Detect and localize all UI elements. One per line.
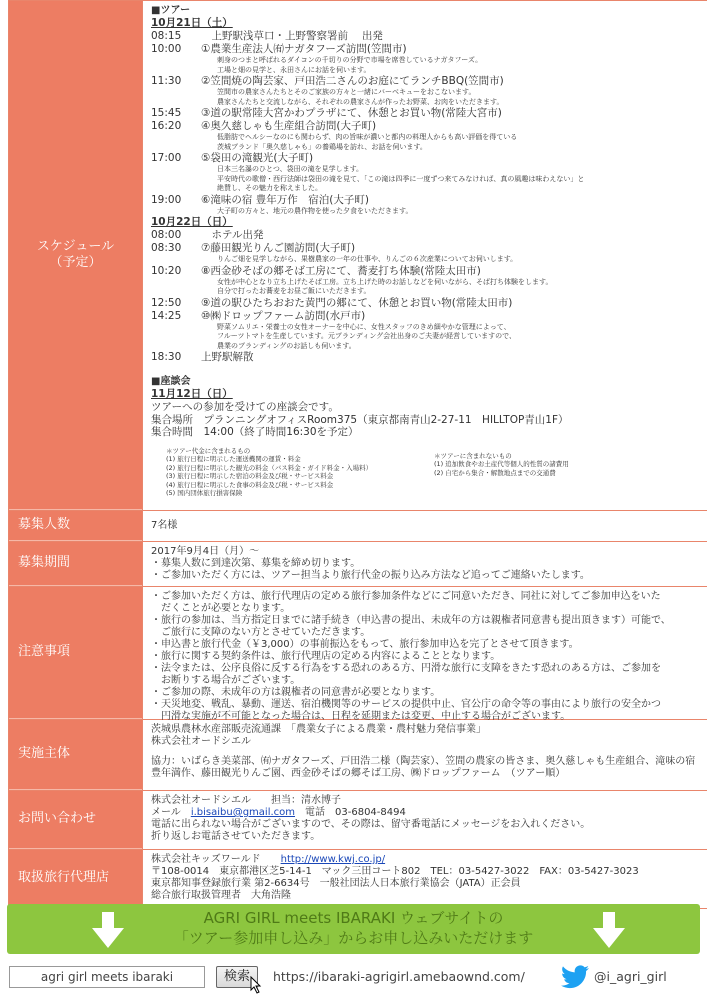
schedule-time: 18:30 bbox=[151, 351, 201, 364]
schedule-description: 低脂肪でヘルシーなのにも関わらず、肉の旨味が濃いと都内の料理人からも高い評価を得… bbox=[151, 133, 699, 143]
schedule-item: 10:00①農業生産法人㈲ナガタフーズ訪問(笠間市) bbox=[151, 43, 699, 56]
schedule-item: 19:00⑥滝味の宿 豊年万作 宿泊(大子町) bbox=[151, 194, 699, 207]
day1-date: 10月21日（土） bbox=[151, 17, 699, 30]
schedule-description: 農家さんたちと交流しながら、それぞれの農家さんが作ったお野菜、お肉をいただきます… bbox=[151, 98, 699, 108]
contact-mail-line: メール i.bisaibu@gmail.com 電話 03-6804-8494 bbox=[151, 807, 699, 819]
schedule-title: ③道の駅常陸大宮かわプラザにて、休憩とお買い物(常陸大宮市) bbox=[201, 107, 502, 120]
schedule-time: 14:25 bbox=[151, 310, 201, 323]
cooperators-line2: 豊年満作、藤田観光りんご園、西金砂そばの郷そば工房、㈱ドロップファーム （ツアー… bbox=[151, 768, 699, 780]
included-item: (2) 旅行日程に明示した観光の料金（バス料金・ガイド料金・入場料） bbox=[166, 464, 434, 473]
note-line: だくことが必要となります。 bbox=[151, 603, 699, 615]
schedule-time: 17:00 bbox=[151, 152, 201, 165]
row-label-notes: 注意事項 bbox=[9, 587, 142, 719]
schedule-description: 日本三名瀑のひとつ、袋田の滝を見学します。 bbox=[151, 165, 699, 175]
agency-address: 〒108-0014 東京都港区芝5-14-1 マック三田コート802 TEL：0… bbox=[151, 866, 699, 878]
search-input[interactable]: agri girl meets ibaraki bbox=[9, 966, 205, 988]
capacity-text: 7名様 bbox=[151, 520, 177, 531]
row-label-capacity: 募集人数 bbox=[9, 511, 142, 541]
note-line: ・申込書と旅行代金（￥3,000）の事前振込をもって、旅行参加申込を完了とさせて… bbox=[151, 639, 699, 651]
mail-label: メール bbox=[151, 807, 191, 818]
included-item: (5) 国内団体旅行損害保険 bbox=[166, 489, 434, 498]
schedule-item: 15:45③道の駅常陸大宮かわプラザにて、休憩とお買い物(常陸大宮市) bbox=[151, 107, 699, 120]
schedule-title: 上野駅解散 bbox=[201, 351, 254, 364]
agency-company: 株式会社キッズワールド bbox=[151, 854, 281, 865]
note-line: ご旅行に支障のない方とさせていただきます。 bbox=[151, 627, 699, 639]
schedule-title: ⑧西金砂そばの郷そば工房にて、蕎麦打ち体験(常陸太田市) bbox=[201, 265, 481, 278]
schedule-item: 16:20④奥久慈しゃも生産組合訪問(大子町) bbox=[151, 120, 699, 133]
excluded-list: ＊ツアーに含まれないもの (1) 追加飲食やお土産代等個人的性質の諸費用 (2)… bbox=[434, 447, 569, 498]
schedule-description: 刺身のつまと呼ばれるダイコンの千切りの分野で市場を席巻しているナガタフーズ。 bbox=[151, 56, 699, 66]
application-banner: AGRI GIRL meets IBARAKI ウェブサイトの 「ツアー参加申し… bbox=[7, 904, 700, 954]
schedule-description: 女性が中心となり立ち上げたそば工房。立ち上げた時のお話しなどを伺いながら、そば打… bbox=[151, 278, 699, 288]
agency-content: 株式会社キッズワールド http://www.kwj.co.jp/ 〒108-0… bbox=[142, 850, 707, 908]
zadankai-place: 集合場所 プランニングオフィスRoom375（東京都南青山2-27-11 HIL… bbox=[151, 414, 699, 427]
zadankai-time: 集合時間 14:00（終了時間16:30を予定） bbox=[151, 426, 699, 439]
schedule-description: 絶賛し、その魅力を称えました。 bbox=[151, 184, 699, 194]
schedule-item: 12:50⑨道の駅ひたちおおた黄門の郷にて、休憩とお買い物(常陸太田市) bbox=[151, 297, 699, 310]
contact-company: 株式会社オードシエル 担当：清水博子 bbox=[151, 795, 699, 807]
email-link[interactable]: i.bisaibu@gmail.com bbox=[191, 807, 295, 818]
day2-date: 10月22日（日） bbox=[151, 216, 699, 229]
note-line: お断りする場合がございます。 bbox=[151, 675, 699, 687]
contact-note: 電話に出られない場合がございますので、その際は、留守番電話にメッセージをお入れく… bbox=[151, 819, 699, 831]
organizer-line2: 株式会社オードシエル bbox=[151, 736, 699, 748]
row-capacity: 募集人数 7名様 bbox=[9, 510, 707, 541]
period-line: 2017年9月4日（月）～ bbox=[151, 546, 699, 558]
schedule-description: フルーツトマトを生産しています。元ブランディング会社出身のご夫妻が経営しています… bbox=[151, 332, 699, 342]
schedule-description: 笠間市の農家さんたちとそのご家族の方々と一緒にバーベキューをおこないます。 bbox=[151, 88, 699, 98]
schedule-time: 08:30 bbox=[151, 242, 201, 255]
organizer-content: 茨城県農林水産部販売流通課 「農業女子による農業・農村魅力発信事業」 株式会社オ… bbox=[142, 720, 707, 790]
site-url[interactable]: https://ibaraki-agrigirl.amebaownd.com/ bbox=[273, 969, 525, 984]
schedule-description: 工場と畑の見学と、永田さんにお話を伺います。 bbox=[151, 66, 699, 76]
schedule-title: ②笠間焼の陶芸家、戸田浩二さんのお庭にてランチBBQ(笠間市) bbox=[201, 75, 504, 88]
zadankai-intro: ツアーへの参加を受けての座談会です。 bbox=[151, 401, 699, 414]
period-line: ・ご参加いただく方には、ツアー担当より旅行代金の振り込み方法など追ってご連絡いた… bbox=[151, 570, 699, 582]
schedule-description: 平安時代の歌僧・西行法師は袋田の滝を見て、「この滝は四季に一度ずつ来てみなければ… bbox=[151, 175, 699, 185]
schedule-title: ①農業生産法人㈲ナガタフーズ訪問(笠間市) bbox=[201, 43, 407, 56]
schedule-item: 14:25⑩㈱ドロップファーム訪問(水戸市) bbox=[151, 310, 699, 323]
contact-phone: 電話 03-6804-8494 bbox=[295, 807, 406, 818]
schedule-time: 10:20 bbox=[151, 265, 201, 278]
schedule-title: ⑦藤田観光りんご園訪問(大子町) bbox=[201, 242, 355, 255]
zadankai-heading: ■座談会 bbox=[151, 376, 699, 388]
note-line: ・ご参加いただく方は、旅行代理店の定める旅行参加条件などにご同意いただき、同社に… bbox=[151, 591, 699, 603]
contact-content: 株式会社オードシエル 担当：清水博子 メール i.bisaibu@gmail.c… bbox=[142, 791, 707, 849]
twitter-bird-icon[interactable] bbox=[561, 965, 589, 989]
row-label-contact: お問い合わせ bbox=[9, 791, 142, 849]
included-item: (3) 旅行日程に明示した宿泊の料金及び税・サービス料金 bbox=[166, 472, 434, 481]
schedule-description: 大子町の方々と、地元の農作物を使った夕食をいただきます。 bbox=[151, 207, 699, 217]
row-period: 募集期間 2017年9月4日（月）～ ・募集人数に到達次第、募集を締め切ります。… bbox=[9, 541, 707, 586]
row-contact: お問い合わせ 株式会社オードシエル 担当：清水博子 メール i.bisaibu@… bbox=[9, 790, 707, 849]
excluded-item: (1) 追加飲食やお土産代等個人的性質の諸費用 bbox=[434, 460, 569, 469]
schedule-description: 野菜ソムリエ・栄養士の女性オーナーを中心に、女性スタッフのきめ細やかな管理によっ… bbox=[151, 323, 699, 333]
included-item: (1) 旅行日程に明示した運送機関の運賃・料金 bbox=[166, 455, 434, 464]
agency-registration: 東京都知事登録旅行業 第2-6634号 一般社団法人日本旅行業協会（JATA）正… bbox=[151, 878, 699, 890]
schedule-item: 08:00 ホテル出発 bbox=[151, 229, 699, 242]
footer: agri girl meets ibaraki 検索 https://ibara… bbox=[0, 962, 707, 1000]
schedule-title: ⑤袋田の滝観光(大子町) bbox=[201, 152, 313, 165]
schedule-time: 19:00 bbox=[151, 194, 201, 207]
schedule-item: 17:00⑤袋田の滝観光(大子町) bbox=[151, 152, 699, 165]
schedule-item: 08:15 上野駅浅草口・上野警察署前 出発 bbox=[151, 30, 699, 43]
schedule-title: ⑥滝味の宿 豊年万作 宿泊(大子町) bbox=[201, 194, 369, 207]
row-label-organizer: 実施主体 bbox=[9, 720, 142, 790]
row-agency: 取扱旅行代理店 株式会社キッズワールド http://www.kwj.co.jp… bbox=[9, 849, 707, 908]
row-label-agency: 取扱旅行代理店 bbox=[9, 850, 142, 908]
inclusions: ＊ツアー代金に含まれるもの (1) 旅行日程に明示した運送機関の運賃・料金 (2… bbox=[151, 447, 699, 498]
day2-schedule-list: 08:00 ホテル出発08:30⑦藤田観光りんご園訪問(大子町)りんご畑を見学し… bbox=[151, 229, 699, 364]
note-line: ・天災地変、戦乱、暴動、運送、宿泊機関等のサービスの提供中止、官公庁の命令等の事… bbox=[151, 699, 699, 711]
schedule-title: 上野駅浅草口・上野警察署前 出発 bbox=[201, 30, 383, 43]
cooperators-line1: 協力：いばらき美菜部、㈲ナガタフーズ、戸田浩二様（陶芸家）、笠間の農家の皆さま、… bbox=[151, 756, 699, 768]
row-notes: 注意事項 ・ご参加いただく方は、旅行代理店の定める旅行参加条件などにご同意いただ… bbox=[9, 586, 707, 719]
schedule-item: 10:20⑧西金砂そばの郷そば工房にて、蕎麦打ち体験(常陸太田市) bbox=[151, 265, 699, 278]
schedule-item: 08:30⑦藤田観光りんご園訪問(大子町) bbox=[151, 242, 699, 255]
excluded-item: (2) 自宅から集合・解散地点までの交通費 bbox=[434, 469, 569, 478]
schedule-item: 11:30②笠間焼の陶芸家、戸田浩二さんのお庭にてランチBBQ(笠間市) bbox=[151, 75, 699, 88]
schedule-content: ■ツアー 10月21日（土） 08:15 上野駅浅草口・上野警察署前 出発10:… bbox=[142, 1, 707, 510]
zadankai-date: 11月12日（日） bbox=[151, 388, 699, 401]
schedule-description: 農業のブランディングのお話しも伺います。 bbox=[151, 342, 699, 352]
note-line: ・法令または、公序良俗に反する行為をする恐れのある方、円滑な旅行に支障をきたす恐… bbox=[151, 663, 699, 675]
notes-content: ・ご参加いただく方は、旅行代理店の定める旅行参加条件などにご同意いただき、同社に… bbox=[142, 587, 707, 719]
period-line: ・募集人数に到達次第、募集を締め切ります。 bbox=[151, 558, 699, 570]
capacity-value: 7名様 bbox=[142, 511, 707, 541]
included-list: ＊ツアー代金に含まれるもの (1) 旅行日程に明示した運送機関の運賃・料金 (2… bbox=[166, 447, 434, 498]
contact-note: 折り返しお電話させていただきます。 bbox=[151, 831, 699, 843]
schedule-description: りんご畑を見学しながら、果樹農家の一年の仕事や、りんごの６次産業についてお伺いし… bbox=[151, 255, 699, 265]
tour-info-table: スケジュール （予定） ■ツアー 10月21日（土） 08:15 上野駅浅草口・… bbox=[8, 0, 707, 909]
organizer-line1: 茨城県農林水産部販売流通課 「農業女子による農業・農村魅力発信事業」 bbox=[151, 724, 699, 736]
row-label-schedule: スケジュール （予定） bbox=[9, 1, 142, 510]
twitter-handle[interactable]: @i_agri_girl bbox=[594, 969, 667, 984]
schedule-description: 茨城ブランド「奥久慈しゃも」の養鶏場を訪れ、お話を伺います。 bbox=[151, 143, 699, 153]
schedule-time: 11:30 bbox=[151, 75, 201, 88]
pointer-cursor-icon bbox=[250, 976, 262, 994]
schedule-time: 16:20 bbox=[151, 120, 201, 133]
schedule-label-line1: スケジュール bbox=[37, 239, 114, 255]
tour-heading: ■ツアー bbox=[151, 5, 699, 17]
schedule-time: 12:50 bbox=[151, 297, 201, 310]
note-line: ・ご参加の際、未成年の方は親権者の同意書が必要となります。 bbox=[151, 687, 699, 699]
schedule-item: 18:30上野駅解散 bbox=[151, 351, 699, 364]
note-line: ・旅行に関する契約条件は、旅行代理店の定める内容によることとなります。 bbox=[151, 651, 699, 663]
included-item: (4) 旅行日程に明示した食事の料金及び税・サービス料金 bbox=[166, 481, 434, 490]
schedule-label-line2: （予定） bbox=[37, 255, 114, 271]
schedule-title: ④奥久慈しゃも生産組合訪問(大子町) bbox=[201, 120, 376, 133]
schedule-description: 自分で打ったお蕎麦をお昼ご飯にいただきます。 bbox=[151, 287, 699, 297]
schedule-title: ホテル出発 bbox=[201, 229, 263, 242]
row-schedule: スケジュール （予定） ■ツアー 10月21日（土） 08:15 上野駅浅草口・… bbox=[9, 0, 707, 510]
period-content: 2017年9月4日（月）～ ・募集人数に到達次第、募集を締め切ります。 ・ご参加… bbox=[142, 542, 707, 586]
schedule-time: 08:15 bbox=[151, 30, 201, 43]
row-organizer: 実施主体 茨城県農林水産部販売流通課 「農業女子による農業・農村魅力発信事業」 … bbox=[9, 719, 707, 790]
schedule-title: ⑩㈱ドロップファーム訪問(水戸市) bbox=[201, 310, 365, 323]
agency-url-link[interactable]: http://www.kwj.co.jp/ bbox=[281, 854, 385, 865]
down-arrow-icon bbox=[593, 912, 625, 948]
schedule-title: ⑨道の駅ひたちおおた黄門の郷にて、休憩とお買い物(常陸太田市) bbox=[201, 297, 512, 310]
note-line: ・旅行の参加は、当方指定日までに諸手続き（申込書の提出、未成年の方は親権者同意書… bbox=[151, 615, 699, 627]
agency-company-line: 株式会社キッズワールド http://www.kwj.co.jp/ bbox=[151, 854, 699, 866]
schedule-time: 10:00 bbox=[151, 43, 201, 56]
day1-schedule-list: 08:15 上野駅浅草口・上野警察署前 出発10:00①農業生産法人㈲ナガタフー… bbox=[151, 30, 699, 216]
schedule-time: 08:00 bbox=[151, 229, 201, 242]
agency-manager: 総合旅行取扱管理者 大角浩隆 bbox=[151, 890, 699, 902]
schedule-time: 15:45 bbox=[151, 107, 201, 120]
included-title: ＊ツアー代金に含まれるもの bbox=[166, 447, 434, 456]
excluded-title: ＊ツアーに含まれないもの bbox=[434, 452, 569, 461]
row-label-period: 募集期間 bbox=[9, 542, 142, 586]
